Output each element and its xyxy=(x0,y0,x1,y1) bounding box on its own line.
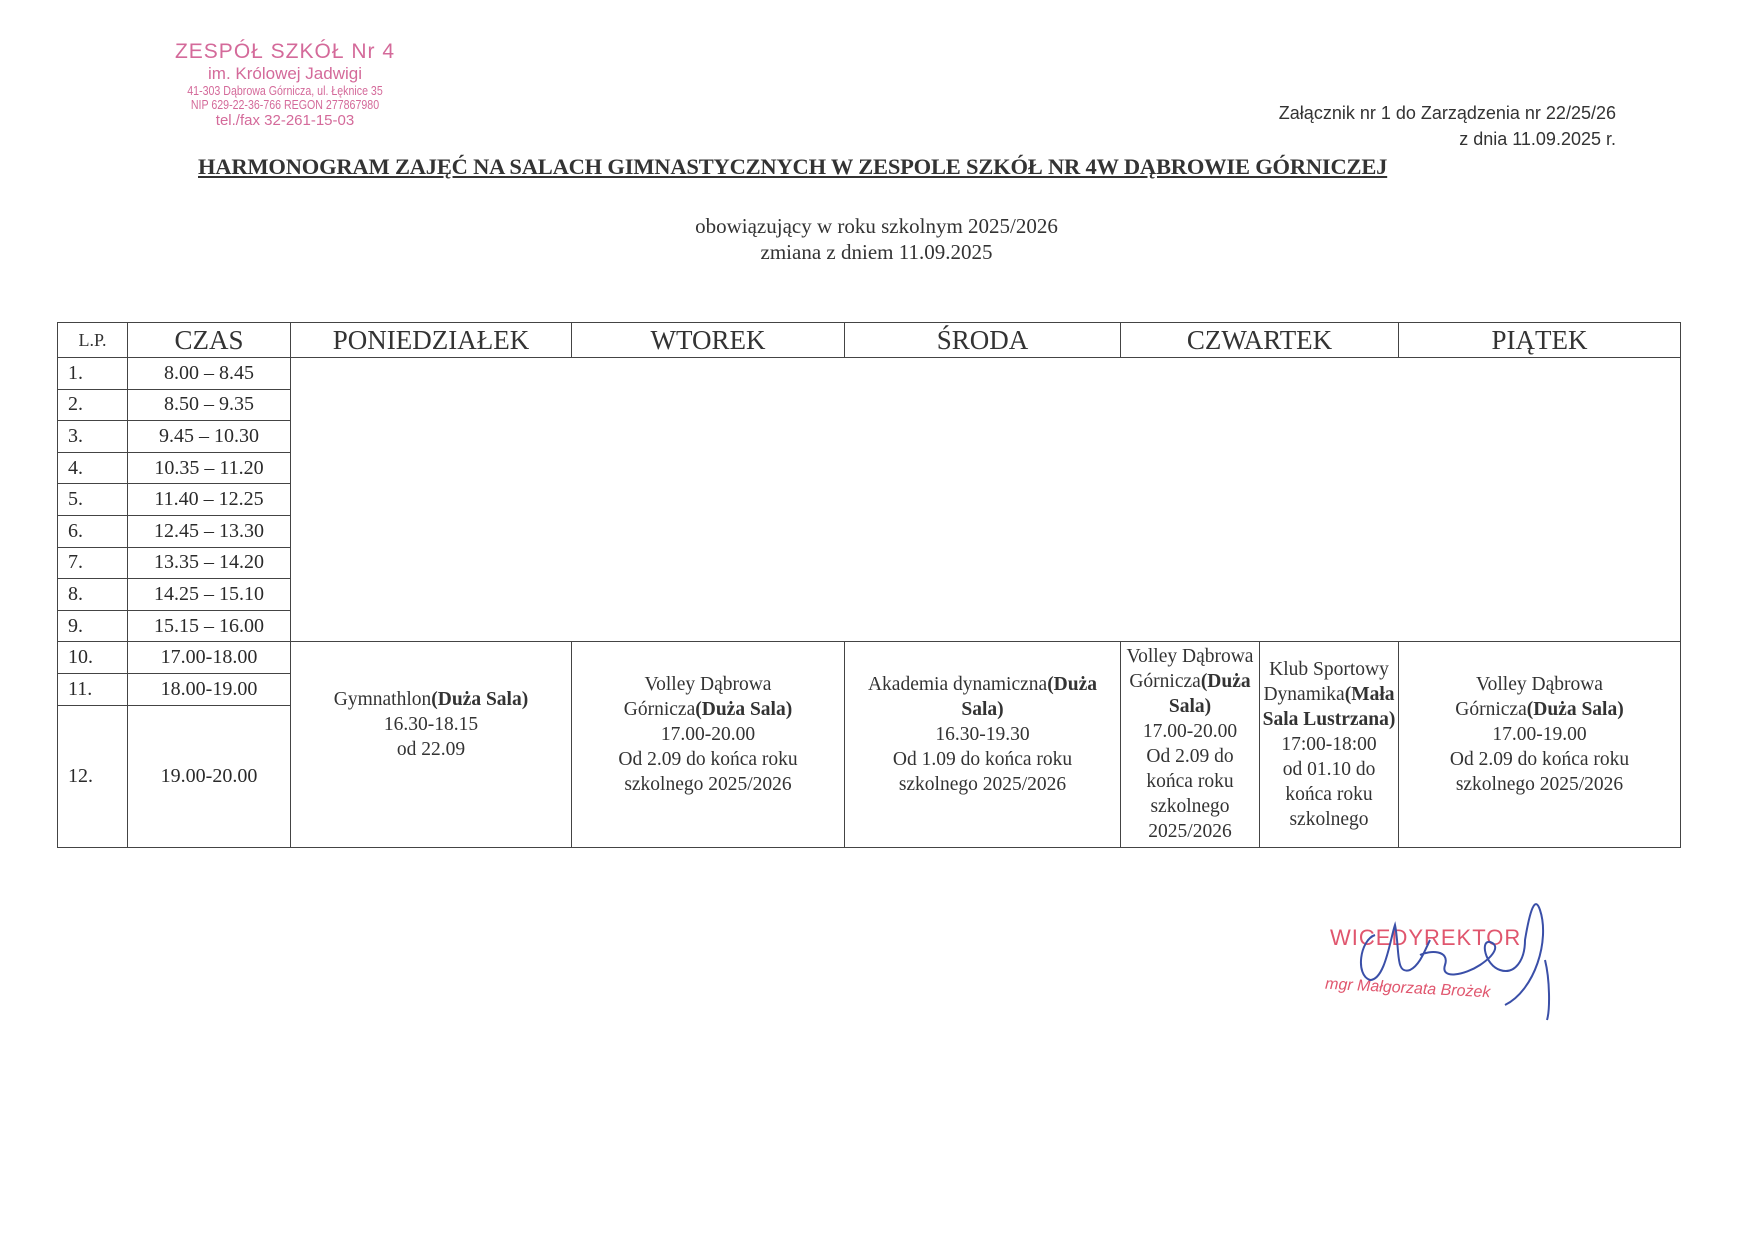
activity-note: od 22.09 xyxy=(291,737,571,762)
activity-cell-tuesday: Volley Dąbrowa Górnicza(Duża Sala)17.00-… xyxy=(572,642,845,847)
annex-date: z dnia 11.09.2025 r. xyxy=(1279,126,1616,152)
activity-note: Od 2.09 do końca roku szkolnego 2025/202… xyxy=(1121,744,1259,844)
document-title: HARMONOGRAM ZAJĘĆ NA SALACH GIMNASTYCZNY… xyxy=(198,154,1387,180)
table-row: 1.8.00 – 8.45 xyxy=(58,358,1681,390)
activity-note: Od 1.09 do końca roku szkolnego 2025/202… xyxy=(863,747,1102,797)
activity-time: 17.00-19.00 xyxy=(1417,722,1662,747)
annex-line: Załącznik nr 1 do Zarządzenia nr 22/25/2… xyxy=(1279,100,1616,126)
row-time: 19.00-20.00 xyxy=(128,705,291,847)
row-number: 9. xyxy=(58,610,128,642)
activity-cell-monday: Gymnathlon(Duża Sala)16.30-18.15od 22.09 xyxy=(291,642,572,847)
row-number: 2. xyxy=(58,389,128,421)
row-number: 3. xyxy=(58,421,128,453)
row-time: 8.50 – 9.35 xyxy=(128,389,291,421)
activity-cell-thursday-b: Klub Sportowy Dynamika(Mała Sala Lustrza… xyxy=(1260,642,1399,847)
activity-name: Akademia dynamiczna xyxy=(868,674,1047,695)
activity-note: Od 2.09 do końca roku szkolnego 2025/202… xyxy=(1417,747,1662,797)
stamp-school-name: ZESPÓŁ SZKÓŁ Nr 4 xyxy=(150,40,420,64)
row-time: 8.00 – 8.45 xyxy=(128,358,291,390)
row-number: 11. xyxy=(58,673,128,705)
activity-time: 16.30-18.15 xyxy=(291,712,571,737)
stamp-patron: im. Królowej Jadwigi xyxy=(150,64,420,84)
activity-note: Od 2.09 do końca roku szkolnego 2025/202… xyxy=(590,747,826,797)
activity-time: 17.00-20.00 xyxy=(590,722,826,747)
row-time: 12.45 – 13.30 xyxy=(128,515,291,547)
row-time: 9.45 – 10.30 xyxy=(128,421,291,453)
header-row: L.P. CZAS PONIEDZIAŁEK WTOREK ŚRODA CZWA… xyxy=(58,323,1681,358)
activity-room: (Duża Sala) xyxy=(695,699,792,720)
activity-cell-friday: Volley Dąbrowa Górnicza(Duża Sala)17.00-… xyxy=(1399,642,1681,847)
schedule-table: L.P. CZAS PONIEDZIAŁEK WTOREK ŚRODA CZWA… xyxy=(57,322,1681,848)
header-thursday: CZWARTEK xyxy=(1121,323,1399,358)
document-subtitle: obowiązujący w roku szkolnym 2025/2026 z… xyxy=(0,213,1753,265)
row-time: 15.15 – 16.00 xyxy=(128,610,291,642)
header-lp: L.P. xyxy=(58,323,128,358)
row-number: 5. xyxy=(58,484,128,516)
header-wednesday: ŚRODA xyxy=(845,323,1121,358)
row-time: 10.35 – 11.20 xyxy=(128,452,291,484)
header-time: CZAS xyxy=(128,323,291,358)
table-row: 10.17.00-18.00Gymnathlon(Duża Sala)16.30… xyxy=(58,642,1681,674)
row-number: 6. xyxy=(58,515,128,547)
row-number: 7. xyxy=(58,547,128,579)
row-time: 18.00-19.00 xyxy=(128,673,291,705)
row-time: 14.25 – 15.10 xyxy=(128,579,291,611)
activity-room: (Duża Sala) xyxy=(1527,699,1624,720)
handwritten-signature-icon xyxy=(1300,880,1600,1030)
annex-reference: Załącznik nr 1 do Zarządzenia nr 22/25/2… xyxy=(1279,100,1616,152)
header-tuesday: WTOREK xyxy=(572,323,845,358)
row-time: 11.40 – 12.25 xyxy=(128,484,291,516)
activity-time: 17:00-18:00 xyxy=(1260,732,1398,757)
stamp-address: 41-303 Dąbrowa Górnicza, ul. Łęknice 35 xyxy=(170,84,400,98)
row-number: 8. xyxy=(58,579,128,611)
empty-lesson-block xyxy=(291,358,1681,642)
activity-cell-wednesday: Akademia dynamiczna(Duża Sala)16.30-19.3… xyxy=(845,642,1121,847)
activity-room: (Duża Sala) xyxy=(431,689,528,710)
activity-name: Gymnathlon xyxy=(334,689,432,710)
validity-line: obowiązujący w roku szkolnym 2025/2026 xyxy=(0,213,1753,239)
row-number: 12. xyxy=(58,705,128,847)
stamp-phone: tel./fax 32-261-15-03 xyxy=(150,112,420,129)
row-number: 4. xyxy=(58,452,128,484)
row-number: 10. xyxy=(58,642,128,674)
activity-cell-thursday-a: Volley Dąbrowa Górnicza(Duża Sala)17.00-… xyxy=(1121,642,1260,847)
signature-block: WICEDYREKTOR mgr Małgorzata Brożek xyxy=(1300,880,1600,1030)
header-friday: PIĄTEK xyxy=(1399,323,1681,358)
activity-time: 17.00-20.00 xyxy=(1121,719,1259,744)
header-monday: PONIEDZIAŁEK xyxy=(291,323,572,358)
activity-time: 16.30-19.30 xyxy=(863,722,1102,747)
row-time: 13.35 – 14.20 xyxy=(128,547,291,579)
activity-note: od 01.10 do końca roku szkolnego xyxy=(1260,757,1398,832)
change-date-line: zmiana z dniem 11.09.2025 xyxy=(0,239,1753,265)
row-number: 1. xyxy=(58,358,128,390)
school-stamp: ZESPÓŁ SZKÓŁ Nr 4 im. Królowej Jadwigi 4… xyxy=(150,40,420,130)
row-time: 17.00-18.00 xyxy=(128,642,291,674)
stamp-nip-regon: NIP 629-22-36-766 REGON 277867980 xyxy=(170,98,400,112)
